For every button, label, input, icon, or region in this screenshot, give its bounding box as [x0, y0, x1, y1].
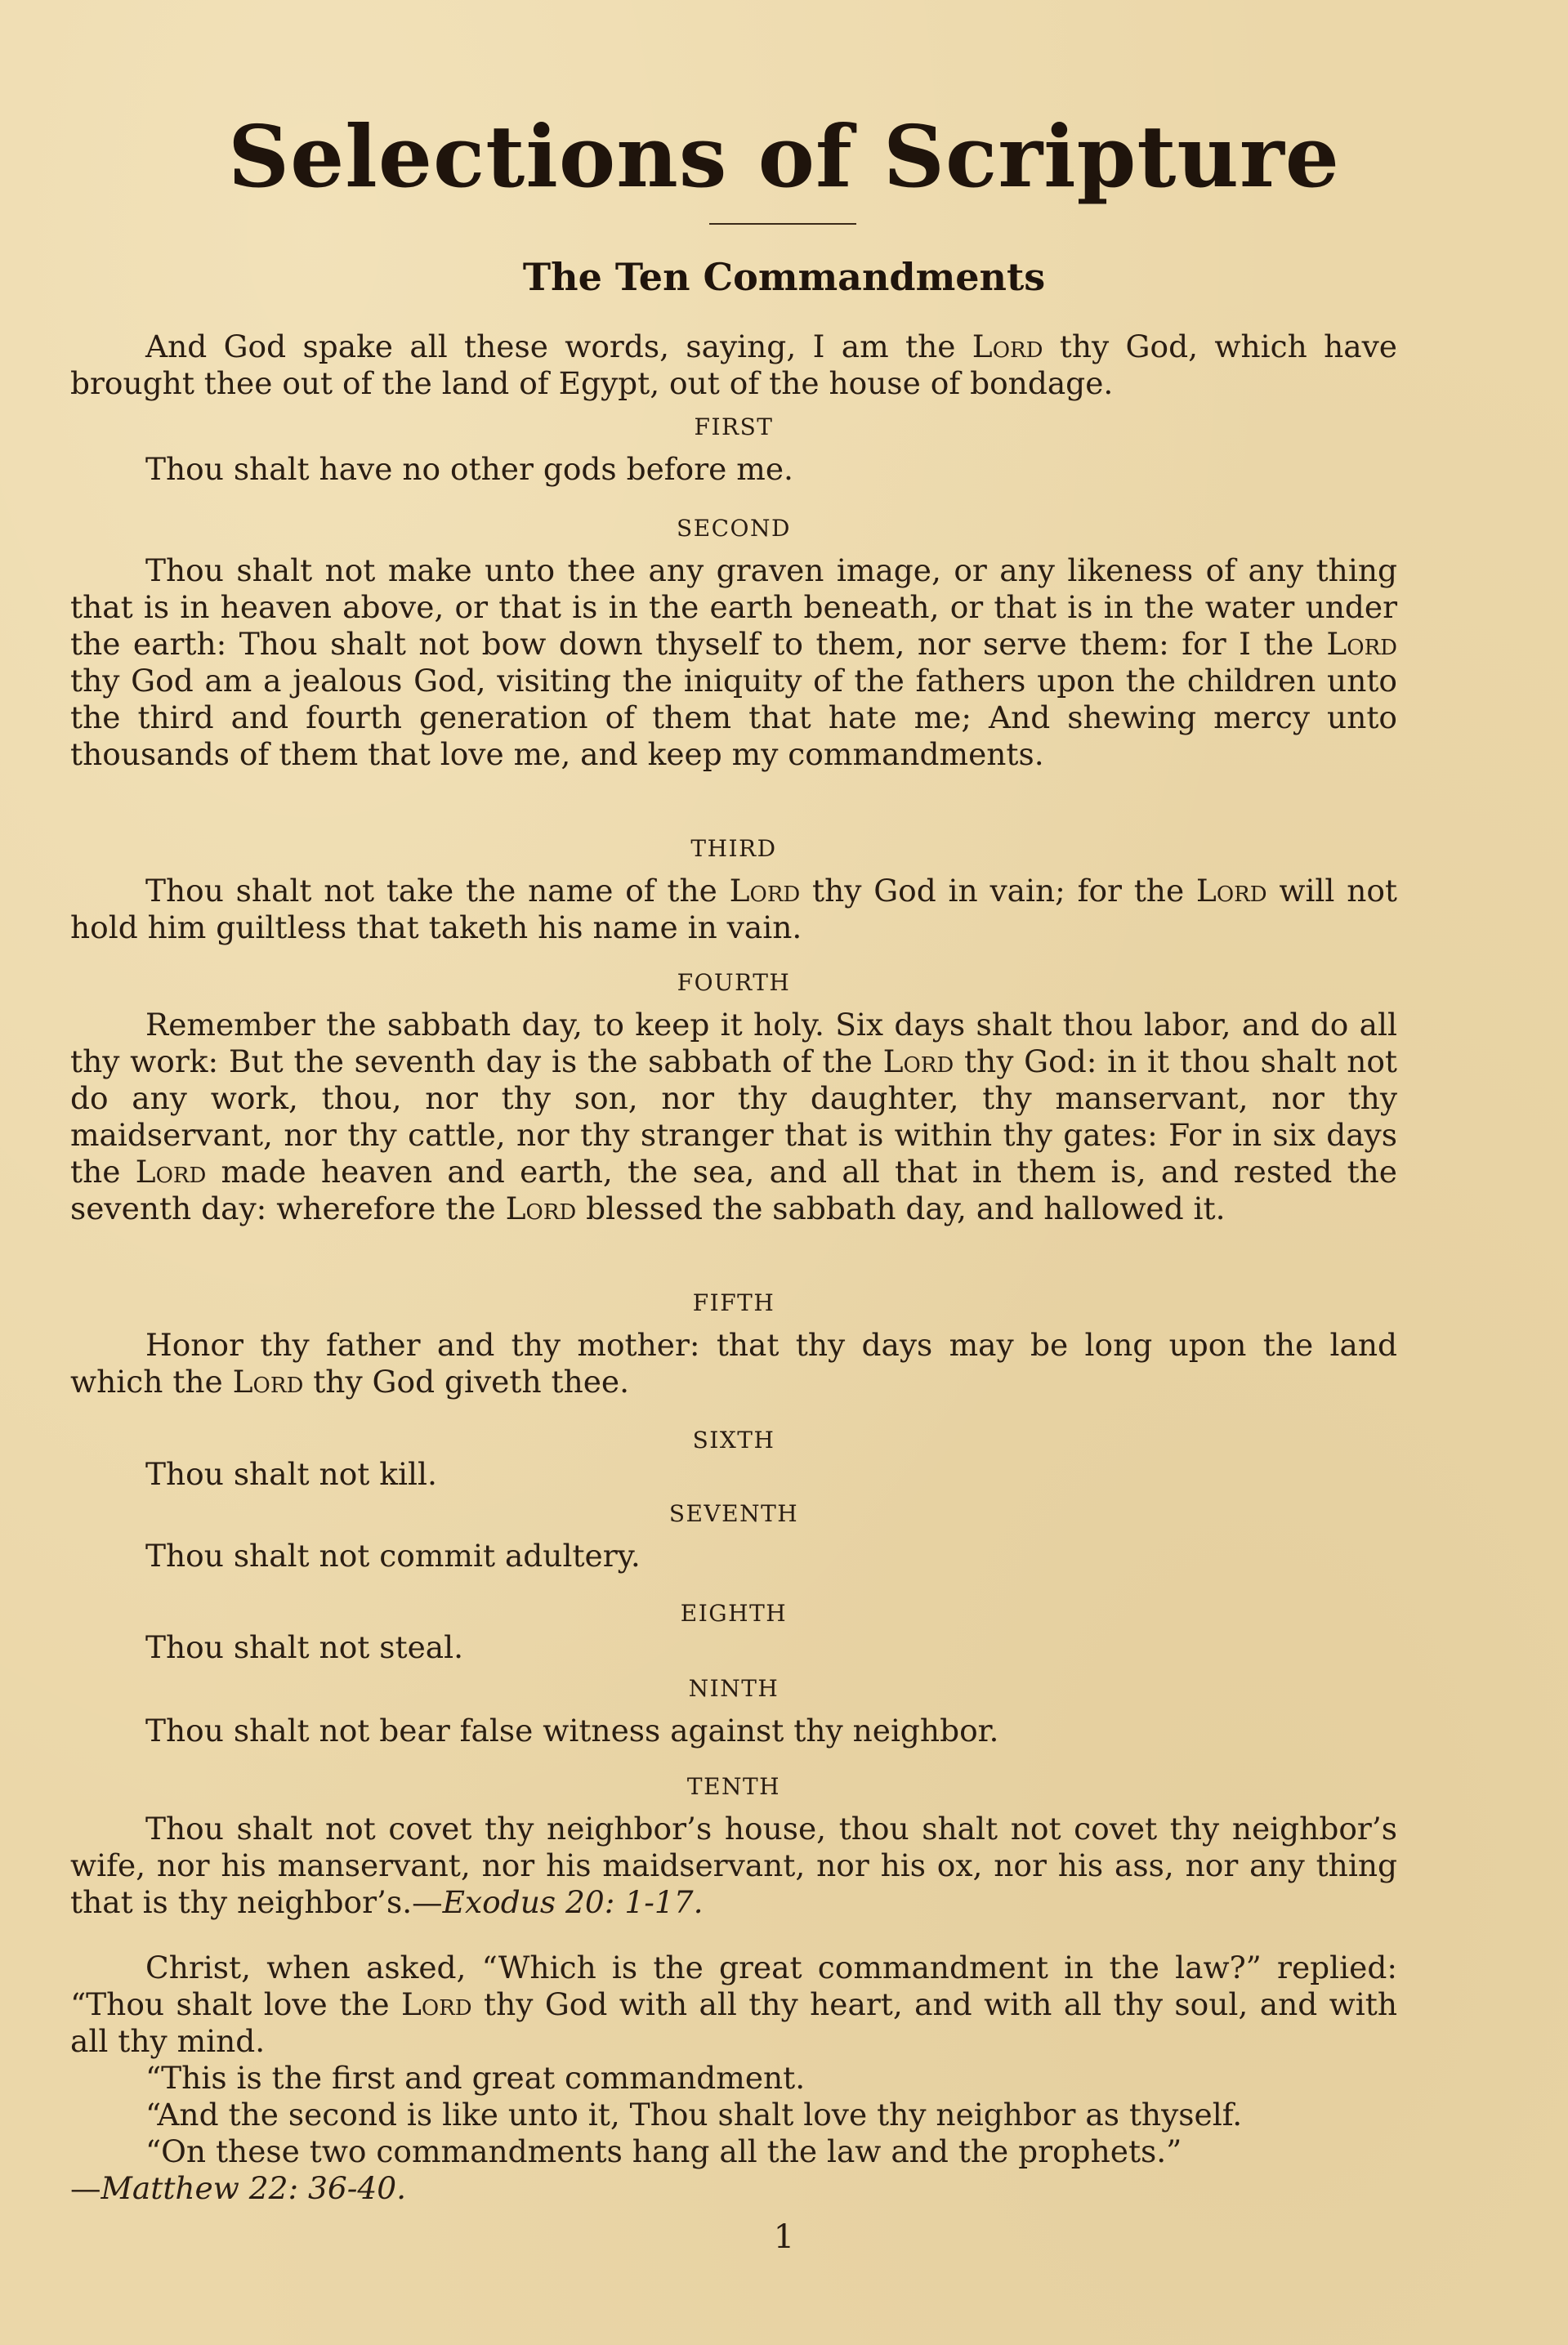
commandment-second: SECOND Thou shalt not make unto thee any…: [70, 516, 1397, 773]
lord-smallcaps: Lord: [1326, 626, 1397, 662]
text-run: blessed the sabbath day, and hallowed it…: [576, 1190, 1225, 1226]
commandment-heading: FOURTH: [70, 971, 1397, 995]
commandment-first: FIRST Thou shalt have no other gods befo…: [70, 415, 1397, 488]
commandment-heading: NINTH: [70, 1677, 1397, 1701]
commandment-text: Thou shalt not make unto thee any graven…: [70, 552, 1397, 773]
commandment-fourth: FOURTH Remember the sabbath day, to keep…: [70, 971, 1397, 1227]
commandment-text: Thou shalt not take the name of the Lord…: [70, 873, 1397, 946]
lord-smallcaps: Lord: [730, 873, 801, 909]
scripture-citation: Exodus 20: 1-17.: [443, 1884, 704, 1920]
commandment-heading: SIXTH: [70, 1428, 1397, 1453]
commandment-text: Remember the sabbath day, to keep it hol…: [70, 1007, 1397, 1227]
commandment-heading: SECOND: [70, 516, 1397, 541]
text-run: thy God in vain; for the: [800, 873, 1196, 909]
scripture-citation: Matthew 22: 36-40.: [101, 2170, 407, 2206]
intro-block: And God spake all these words, saying, I…: [70, 328, 1397, 402]
text-run: Thou shalt not take the name of the: [145, 873, 730, 909]
great-commandment-paragraph: Christ, when asked, “Which is the great …: [70, 1950, 1397, 2060]
commandment-ninth: NINTH Thou shalt not bear false witness …: [70, 1677, 1397, 1749]
commandment-third: THIRD Thou shalt not take the name of th…: [70, 837, 1397, 946]
text-run: Thou shalt not covet thy neighbor’s hous…: [70, 1811, 1397, 1920]
page-number: 1: [0, 2218, 1568, 2256]
lord-smallcaps: Lord: [1196, 873, 1267, 909]
text-run: thy God am a jealous God, visiting the i…: [70, 663, 1397, 772]
scripture-page: Selections of Scripture The Ten Commandm…: [0, 0, 1568, 2345]
lord-smallcaps: Lord: [883, 1043, 954, 1079]
page-title: Selections of Scripture: [0, 114, 1568, 199]
commandment-text: Thou shalt not bear false witness agains…: [70, 1713, 1397, 1749]
commandment-text: Thou shalt have no other gods before me.: [70, 451, 1397, 488]
section-title: The Ten Commandments: [0, 258, 1568, 296]
commandment-heading: SEVENTH: [70, 1502, 1397, 1526]
text-run: And God spake all these words, saying, I…: [145, 328, 972, 364]
commandment-text: Thou shalt not steal.: [70, 1629, 1397, 1666]
title-divider: [709, 223, 856, 225]
commandment-text: Thou shalt not kill.: [70, 1456, 1397, 1493]
great-commandment-line: “And the second is like unto it, Thou sh…: [70, 2097, 1397, 2133]
commandment-text: Thou shalt not commit adultery.: [70, 1538, 1397, 1574]
commandment-heading: FIRST: [70, 415, 1397, 440]
commandment-tenth: TENTH Thou shalt not covet thy neighbor’…: [70, 1775, 1397, 1921]
lord-smallcaps: Lord: [401, 1986, 472, 2022]
matthew-citation-line: —Matthew 22: 36-40.: [70, 2170, 1397, 2207]
commandment-heading: TENTH: [70, 1775, 1397, 1799]
commandment-heading: FIFTH: [70, 1291, 1397, 1315]
commandment-text: Thou shalt not covet thy neighbor’s hous…: [70, 1811, 1397, 1921]
commandment-eighth: EIGHTH Thou shalt not steal.: [70, 1601, 1397, 1666]
citation-dash: —: [70, 2170, 101, 2206]
intro-paragraph: And God spake all these words, saying, I…: [70, 328, 1397, 402]
great-commandment-line: “This is the first and great commandment…: [70, 2060, 1397, 2097]
commandment-sixth: SIXTH Thou shalt not kill.: [70, 1428, 1397, 1493]
lord-smallcaps: Lord: [136, 1154, 207, 1190]
text-run: thy God giveth thee.: [303, 1364, 629, 1400]
commandment-text: Honor thy father and thy mother: that th…: [70, 1327, 1397, 1400]
lord-smallcaps: Lord: [506, 1190, 577, 1226]
commandment-seventh: SEVENTH Thou shalt not commit adultery.: [70, 1502, 1397, 1574]
commandment-heading: THIRD: [70, 837, 1397, 861]
great-commandment-block: Christ, when asked, “Which is the great …: [70, 1950, 1397, 2207]
text-run: Thou shalt not make unto thee any graven…: [70, 552, 1397, 662]
commandment-heading: EIGHTH: [70, 1601, 1397, 1626]
lord-smallcaps: Lord: [233, 1364, 304, 1400]
great-commandment-line: “On these two commandments hang all the …: [70, 2133, 1397, 2170]
lord-smallcaps: Lord: [972, 328, 1043, 364]
commandment-fifth: FIFTH Honor thy father and thy mother: t…: [70, 1291, 1397, 1400]
